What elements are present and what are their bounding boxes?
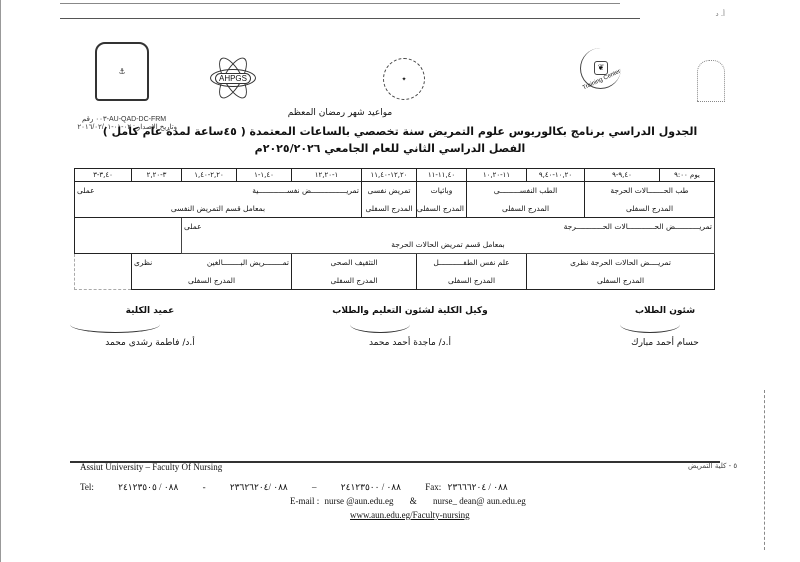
time-slot: ٣,٤٠-٣	[75, 169, 132, 182]
signatures-block: شئون الطلاب حسام أحمد مبارك وكيل الكلية …	[0, 306, 800, 366]
course-type: نظرى	[134, 258, 152, 267]
email-label: E-mail :	[290, 496, 319, 506]
ramadan-subtitle: مواعيد شهر رمضان المعظم	[0, 108, 800, 118]
signature-scribble-icon	[350, 316, 410, 333]
tel-3: ٠٨٨ / ٢٤١٢٣٥٠٥	[118, 482, 178, 492]
email-link-1[interactable]: nurse @aun.edu.eg	[325, 496, 394, 506]
signature-title: وكيل الكلية لشئون التعليم والطلاب	[320, 306, 500, 316]
signature-name: أ.د/ ماجدة أحمد محمد	[320, 338, 500, 348]
course-place: بمعامل قسم تمريض الحالات الحرجة	[184, 240, 712, 249]
signature-vice-dean: وكيل الكلية لشئون التعليم والطلاب أ.د/ م…	[320, 306, 500, 348]
training-glyph-icon: ❦	[594, 61, 608, 75]
course-place: المدرج السفلى	[364, 204, 414, 213]
course-cell-critical-care-lab: تمريـــــــــــض الحــــــــــــالات الح…	[182, 218, 715, 254]
fax-number: ٠٨٨ / ٢٣٦٦٦٢٠٤	[448, 482, 508, 492]
stamp-outline	[697, 60, 725, 102]
schedule-row-3: تمريــــض الحالات الحرجة نظرى المدرج الس…	[75, 254, 715, 290]
course-cell-epidemiology: وبائيات المدرج السفلى	[417, 182, 467, 218]
course-cell-child-psychology: علم نفس الطفـــــــــــل المدرج السفلى	[417, 254, 527, 290]
fax-label: Fax:	[425, 482, 441, 492]
footer-emails: E-mail : nurse @aun.edu.eg & nurse_ dean…	[290, 496, 540, 506]
seal-star-icon: ✦	[401, 76, 406, 83]
course-place: المدرج السفلى	[294, 276, 414, 285]
course-name: تمــــــــريض البــــــــالغين	[207, 258, 289, 267]
course-place: المدرج السفلى	[419, 204, 464, 213]
header-rule-top	[60, 3, 620, 4]
time-slot: ٩,٤٠-٩	[585, 169, 660, 182]
time-slot: ٣-٢,٢٠	[132, 169, 182, 182]
course-cell-critical-care-medicine: طب الحـــــــالات الحرجة المدرج السفلى	[585, 182, 715, 218]
seal-glyph-icon: ⚓	[118, 67, 125, 76]
course-cell-psychiatry: الطب النفســـــــــى المدرج السفلى	[467, 182, 585, 218]
email-link-2[interactable]: nurse_ dean@ aun.edu.eg	[433, 496, 526, 506]
signature-dean: عميد الكلية أ.د/ فاطمة رشدى محمد	[80, 306, 220, 348]
time-slot: ١١-١٠,٢٠	[467, 169, 527, 182]
dash: –	[312, 482, 317, 492]
schedule-row-2: تمريـــــــــــض الحــــــــــــالات الح…	[75, 218, 715, 254]
time-slot-row: يوم ٩:٠٠ ٩,٤٠-٩ ١٠,٢٠-٩,٤٠ ١١-١٠,٢٠ ١١,٤…	[75, 169, 715, 182]
semester-title: الفصل الدراسي الثاني للعام الجامعي ٢٠٢٥/…	[0, 142, 800, 155]
signature-scribble-icon	[70, 316, 160, 333]
committee-seal-icon: ✦	[383, 58, 425, 100]
course-cell-health-education: التثقيف الصحى المدرج السفلى	[292, 254, 417, 290]
course-place: المدرج السفلى	[419, 276, 524, 285]
time-slot: ١١,٤٠-١١	[417, 169, 467, 182]
course-name: علم نفس الطفـــــــــــل	[419, 258, 524, 267]
schedule-table: يوم ٩:٠٠ ٩,٤٠-٩ ١٠,٢٠-٩,٤٠ ١١-١٠,٢٠ ١١,٤…	[74, 168, 715, 290]
page-title: الجدول الدراسي برنامج بكالوريوس علوم الت…	[0, 125, 800, 138]
signature-name: أ.د/ فاطمة رشدى محمد	[80, 338, 220, 348]
dash: -	[203, 482, 206, 492]
course-name: تمريــــض الحالات الحرجة نظرى	[529, 258, 712, 267]
signature-scribble-icon	[620, 316, 680, 333]
time-slot: ١٠,٢٠-٩,٤٠	[527, 169, 585, 182]
course-place: المدرج السفلى	[587, 204, 712, 213]
time-slot: يوم ٩:٠٠	[660, 169, 715, 182]
footer-university: Assiut University – Faculty Of Nursing	[80, 462, 222, 472]
university-seal-icon: ⚓	[95, 42, 149, 101]
course-name: تمريــــــــــــــــض نفســـــــــــــية	[252, 186, 359, 195]
time-slot: ١٢,٢٠-١١,٤٠	[362, 169, 417, 182]
ahpgs-label: AHPGS	[215, 73, 251, 84]
margin-note	[35, 4, 47, 64]
course-cell-psych-nursing-lab: تمريــــــــــــــــض نفســـــــــــــية…	[75, 182, 362, 218]
course-name: تمريض نفسى	[364, 186, 414, 195]
training-center-logo-icon: ❦ Training Center	[580, 48, 621, 89]
empty-cell	[75, 254, 132, 290]
course-place: بمعامل قسم التمريض النفسى	[77, 204, 359, 213]
tel-1: ٠٨٨ / ٢٤١٢٣٥٠٠	[341, 482, 401, 492]
header-rule	[60, 18, 640, 19]
course-name: تمريـــــــــــض الحــــــــــــالات الح…	[564, 222, 712, 231]
time-slot: ١-١٢,٢٠	[292, 169, 362, 182]
signature-title: عميد الكلية	[80, 306, 220, 316]
course-cell-psych-nursing: تمريض نفسى المدرج السفلى	[362, 182, 417, 218]
page-edge	[0, 0, 1, 562]
tel-label: Tel:	[80, 482, 94, 492]
course-name: الطب النفســـــــــى	[469, 186, 582, 195]
course-name: طب الحـــــــالات الحرجة	[587, 186, 712, 195]
footer-edge	[764, 390, 765, 550]
document-page: ⚓ AHPGS ✦ ❦ Training Center أ. د AU-QAD-…	[0, 0, 800, 562]
tel-2: ٠٨٨ /٢٣٦٢٦٢٠٤	[230, 482, 288, 492]
course-cell-critical-care-theory: تمريــــض الحالات الحرجة نظرى المدرج الس…	[527, 254, 715, 290]
course-type: نظرى	[570, 258, 588, 267]
schedule-row-1: طب الحـــــــالات الحرجة المدرج السفلى ا…	[75, 182, 715, 218]
course-title: تمريــــض الحالات الحرجة	[591, 258, 671, 267]
course-type: عملى	[184, 222, 202, 231]
course-place: المدرج السفلى	[134, 276, 289, 285]
course-type: عملى	[77, 186, 95, 195]
time-slot-label: ٩:٠٠	[674, 171, 688, 179]
footer-phones: Tel: ٠٨٨ / ٢٤١٢٣٥٠٠ – ٠٨٨ /٢٣٦٢٦٢٠٤ - ٠٨…	[80, 482, 530, 493]
signature-title: شئون الطلاب	[610, 306, 720, 316]
signature-students-affairs: شئون الطلاب حسام أحمد مبارك	[610, 306, 720, 348]
course-cell-adult-nursing: تمــــــــريض البــــــــالغين نظرى المد…	[132, 254, 292, 290]
ahpgs-logo-icon: AHPGS	[208, 58, 258, 98]
top-signature: أ. د	[665, 10, 725, 50]
day-label: يوم	[690, 171, 700, 179]
time-slot: ١,٤٠-١	[237, 169, 292, 182]
empty-cell	[75, 218, 182, 254]
course-name: وبائيات	[419, 186, 464, 195]
course-place: المدرج السفلى	[529, 276, 712, 285]
website-link[interactable]: www.aun.edu.eg/Faculty-nursing	[350, 510, 470, 520]
signature-name: حسام أحمد مبارك	[610, 338, 720, 348]
course-place: المدرج السفلى	[469, 204, 582, 213]
time-slot: ٢,٢٠-١,٤٠	[182, 169, 237, 182]
course-name: التثقيف الصحى	[294, 258, 414, 267]
footer-stamp: ٥ - كلية التمريض	[688, 462, 737, 470]
email-separator: &	[410, 496, 417, 506]
